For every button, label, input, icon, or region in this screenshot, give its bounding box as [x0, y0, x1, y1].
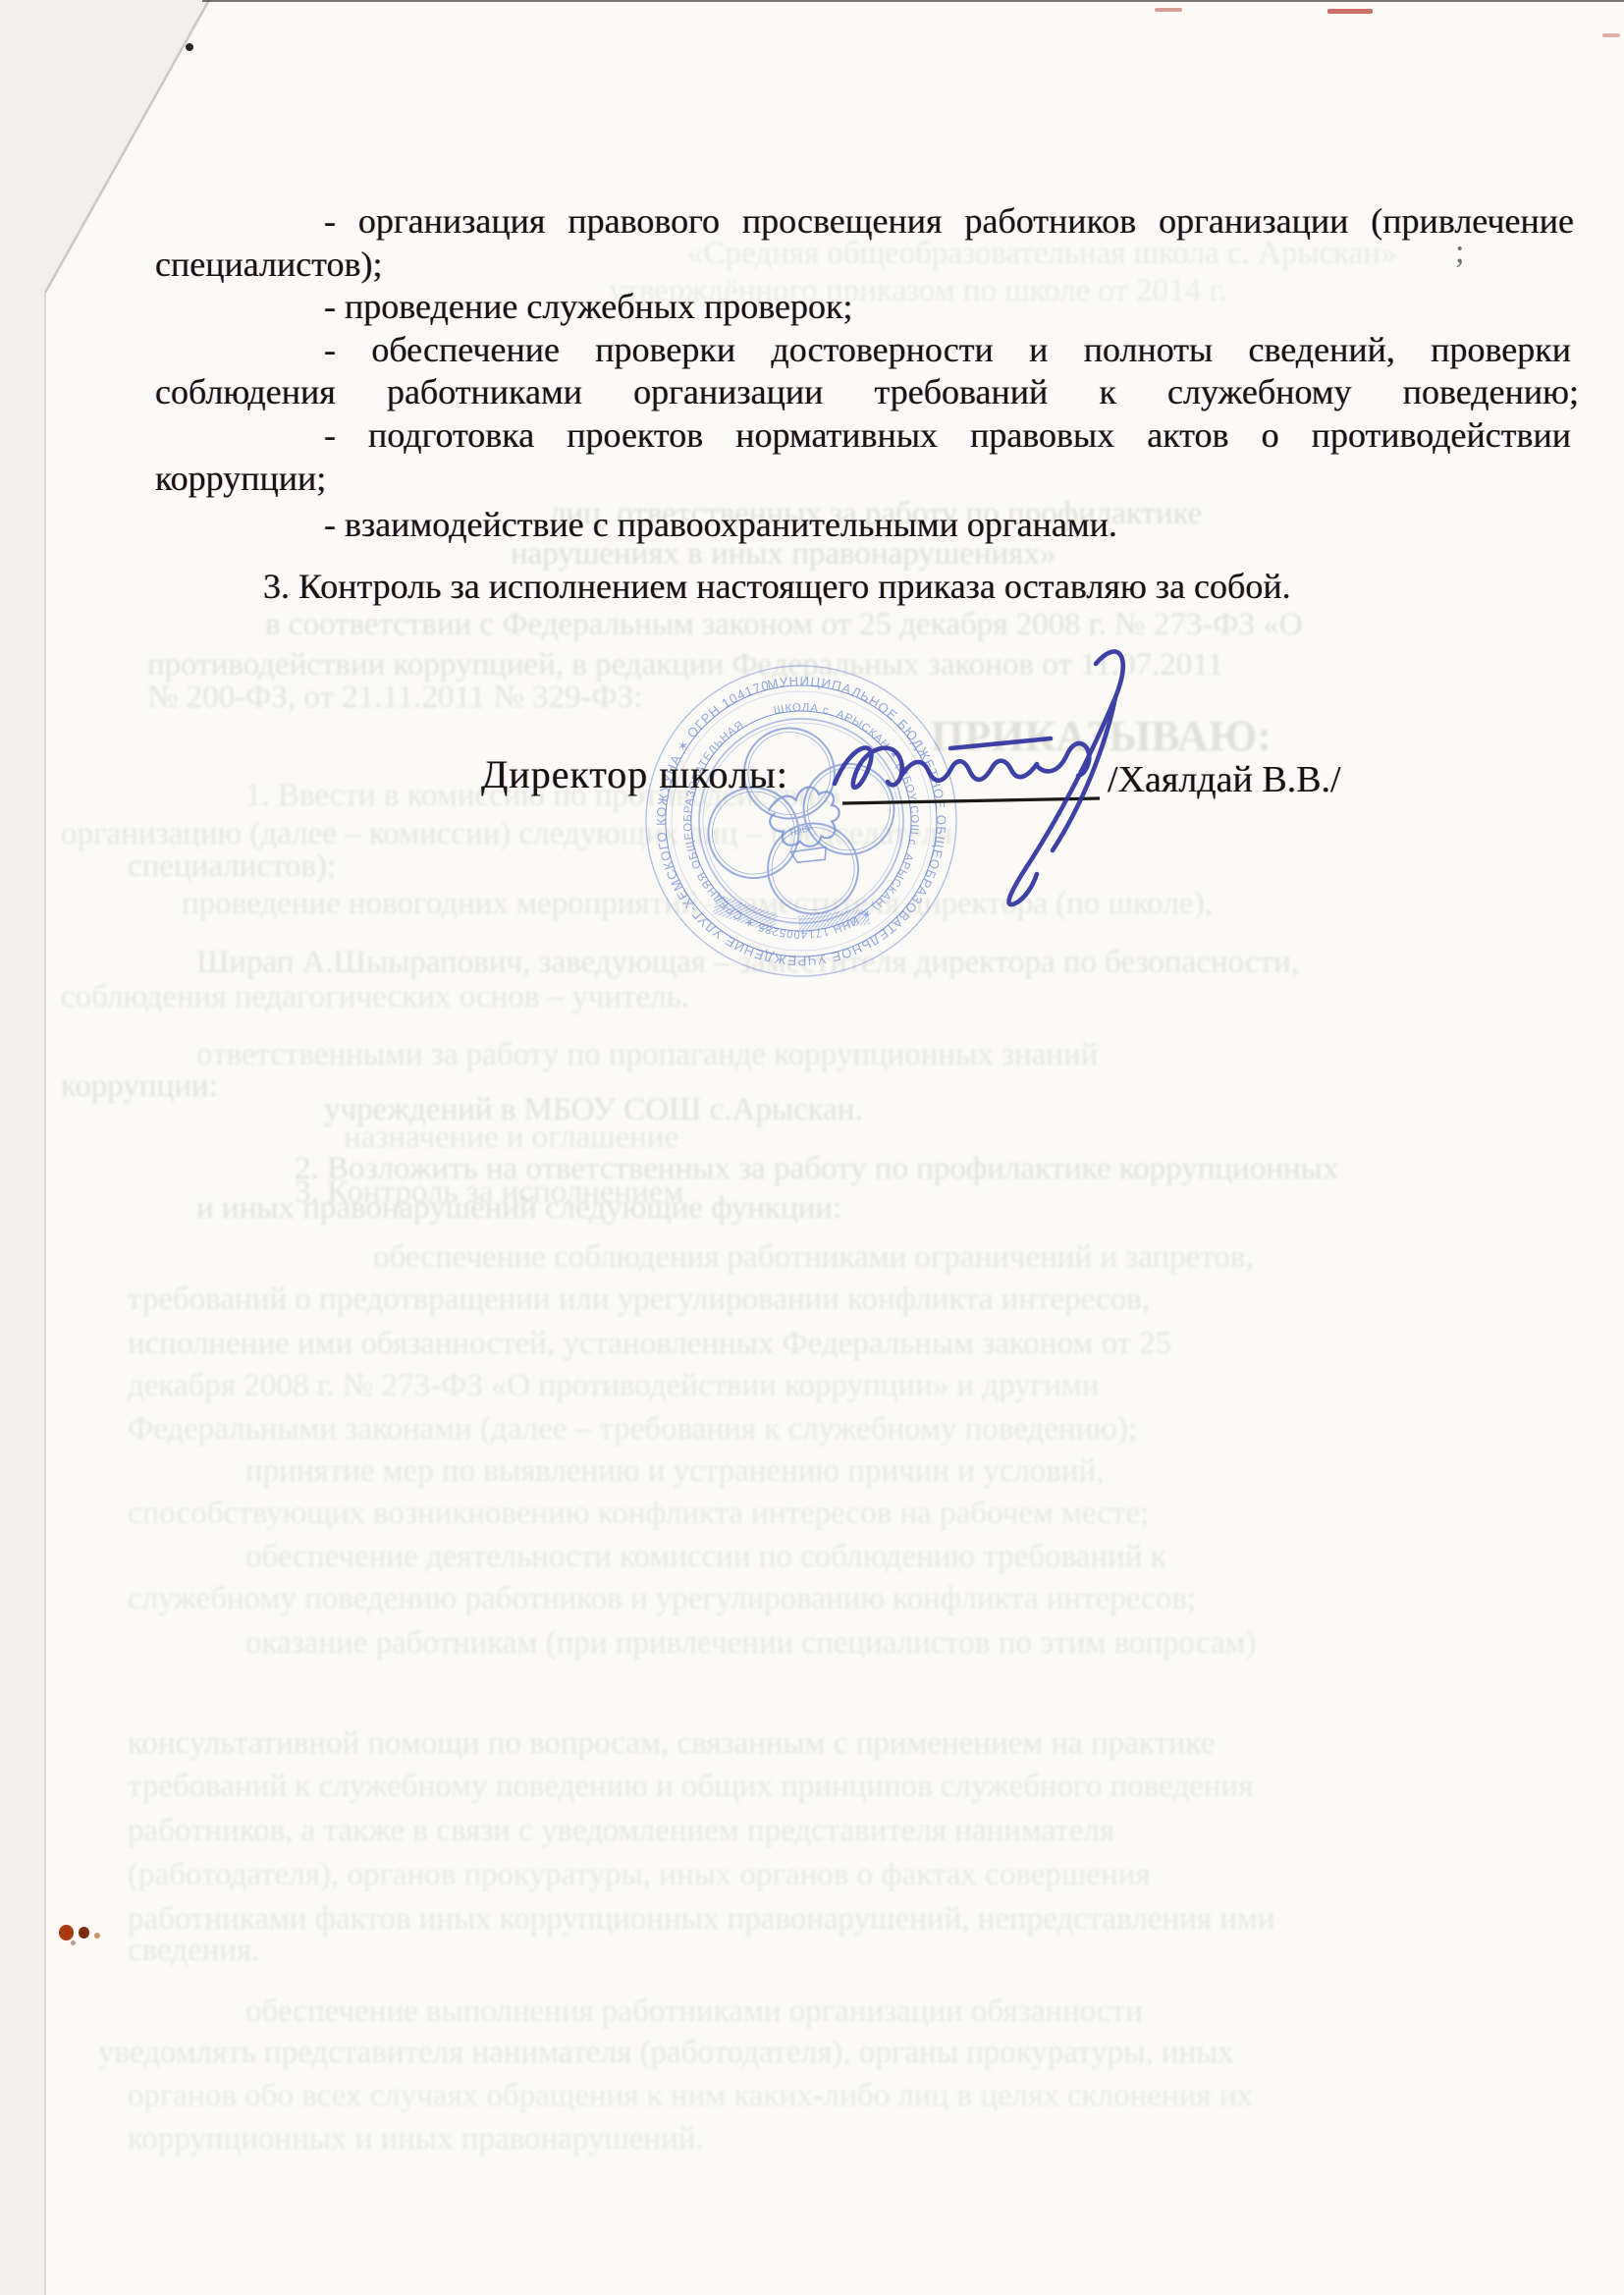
bleedthrough-line: Федеральными законами (далее – требовани… — [128, 1411, 1137, 1448]
bleedthrough-line: коррупции: — [61, 1068, 218, 1105]
bleedthrough-line: ответственными за работу по пропаганде к… — [196, 1037, 1098, 1073]
signature-ink — [805, 628, 1355, 982]
bleedthrough-line: работниками фактов иных коррупционных пр… — [128, 1901, 1274, 1938]
text-line: 3. Контроль за исполнением настоящего пр… — [263, 568, 1291, 607]
bleedthrough-line: и иных правонарушений следующие функции: — [196, 1190, 841, 1227]
scan-top-edge — [202, 0, 1624, 2]
red-dash-mark — [1602, 33, 1620, 37]
signature-underline — [842, 798, 1100, 803]
red-smudge — [55, 1917, 124, 1956]
bleedthrough-line: оказание работникам (при привлечении спе… — [245, 1625, 1256, 1662]
scan-speck — [186, 43, 193, 51]
bleedthrough-line: специалистов); — [128, 848, 336, 885]
bleedthrough-line: обеспечение деятельности комиссии по соб… — [245, 1539, 1166, 1575]
bleedthrough-line: требований о предотвращении или урегулир… — [128, 1282, 1150, 1318]
text-line: - взаимодействие с правоохранительными о… — [324, 506, 1117, 545]
bleedthrough-line: № 200-ФЗ, от 21.11.2011 № 329-ФЗ: — [147, 680, 642, 716]
bleedthrough-line: коррупционных и иных правонарушений. — [128, 2121, 704, 2158]
text-line: - организация правового просвещения рабо… — [324, 202, 1574, 242]
red-dash-mark — [1155, 8, 1182, 12]
bleedthrough-line: декабря 2008 г. № 273-ФЗ «О противодейст… — [128, 1368, 1099, 1404]
bleedthrough-line: способствующих возникновению конфликта и… — [128, 1496, 1149, 1532]
red-dash-mark — [1327, 9, 1373, 14]
text-line: соблюдения работниками организации требо… — [155, 373, 1579, 412]
bleedthrough-line: (работодателя), органов прокуратуры, ины… — [128, 1857, 1150, 1893]
bleedthrough-line: принятие мер по выявлению и устранению п… — [245, 1453, 1104, 1490]
text-line: - проведение служебных проверок; — [324, 288, 853, 327]
bleedthrough-line: сведения. — [128, 1933, 259, 1969]
bleedthrough-line: соблюдения педагогических основ – учител… — [61, 979, 689, 1015]
bleedthrough-line: уведомлять представителя нанимателя (раб… — [98, 2035, 1234, 2071]
bleedthrough-line: обеспечение соблюдения работниками огран… — [373, 1239, 1254, 1276]
bleedthrough-line: консультативной помощи по вопросам, связ… — [128, 1725, 1215, 1762]
bleedthrough-line: обеспечение выполнения работниками орган… — [245, 1994, 1143, 2030]
bleedthrough-line: органов обо всех случаях обращения к ним… — [128, 2078, 1253, 2114]
text-line: - обеспечение проверки достоверности и п… — [324, 331, 1571, 370]
scanned-document-page: «Средняя общеобразовательная школа с. Ар… — [0, 0, 1624, 2295]
text-line: коррупции; — [155, 460, 326, 499]
signature-label: Директор школы: — [481, 751, 788, 797]
bleedthrough-line: служебному поведению работников и урегул… — [128, 1581, 1196, 1617]
bleedthrough-line: исполнение ими обязанностей, установленн… — [128, 1326, 1171, 1362]
text-line: специалистов); — [155, 246, 383, 285]
bleedthrough-line: требований к служебному поведению и общи… — [128, 1769, 1253, 1805]
bleedthrough-line: работников, а также в связи с уведомлени… — [128, 1813, 1114, 1849]
text-line: - подготовка проектов нормативных правов… — [324, 416, 1571, 456]
